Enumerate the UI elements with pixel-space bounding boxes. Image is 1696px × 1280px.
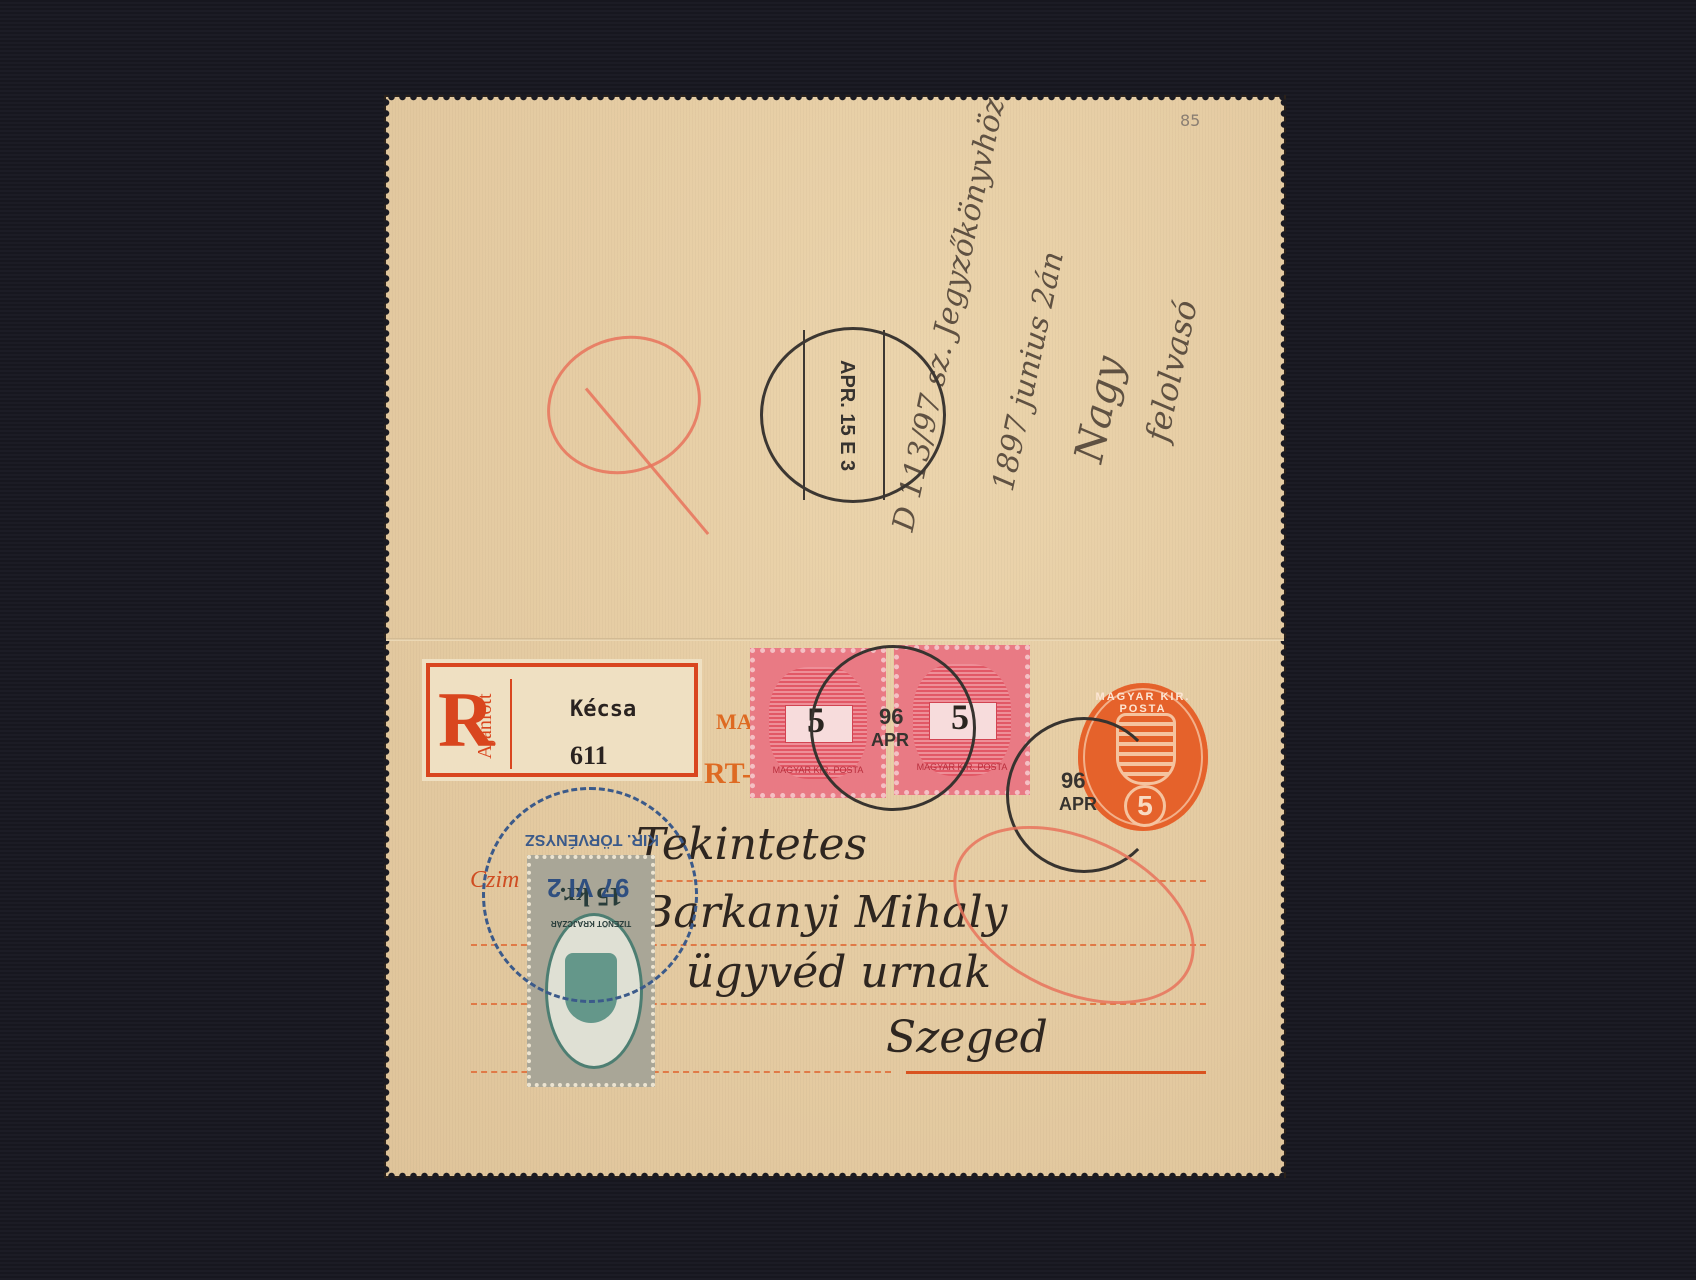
registration-place: Kécsa (570, 697, 636, 722)
postmark-top: APR. 15 E 3 (760, 327, 946, 503)
postmark-stamps: 96 APR (810, 645, 976, 811)
perforation-top (386, 93, 1284, 101)
registration-word: Ajánlott (474, 693, 497, 759)
pencil-note: D 113/97 sz. Jegyzőkönyvhöz 1897 junius … (886, 157, 1306, 597)
printed-header-line1: MA (716, 709, 753, 735)
address-line4: Szeged (886, 1012, 1048, 1063)
corner-pencil-mark: 85 (1180, 111, 1200, 130)
postmark-top-date: APR. 15 E 3 (835, 360, 858, 471)
letter-card: 85 D 113/97 sz. Jegyzőkönyvhöz 1897 juni… (386, 97, 1284, 1176)
postmark-revenue: KIR. TÖRVÉNYSZ 97 VI 2 (482, 787, 698, 1003)
postmark-stamps-year: 96 (879, 704, 903, 730)
registration-label: R Ajánlott Kécsa 611 (422, 659, 702, 781)
postmark-revenue-text: KIR. TÖRVÉNYSZ (525, 830, 659, 848)
perforation-left (382, 97, 390, 1176)
pencil-note-line4: felolvasó (1138, 297, 1205, 445)
address-line3: ügyvéd urnak (686, 947, 991, 998)
pencil-note-line2: 1897 junius 2án (986, 248, 1071, 494)
crayon-mark (546, 327, 736, 527)
perforation-bottom (386, 1172, 1284, 1180)
postmark-revenue-date: 97 VI 2 (547, 872, 629, 903)
pencil-note-line3: Nagy (1066, 352, 1133, 466)
fold-line (386, 638, 1284, 641)
registration-number: 611 (570, 741, 608, 771)
address-line-rule-5 (906, 1071, 1206, 1074)
postmark-stamps-month: APR (871, 730, 909, 751)
